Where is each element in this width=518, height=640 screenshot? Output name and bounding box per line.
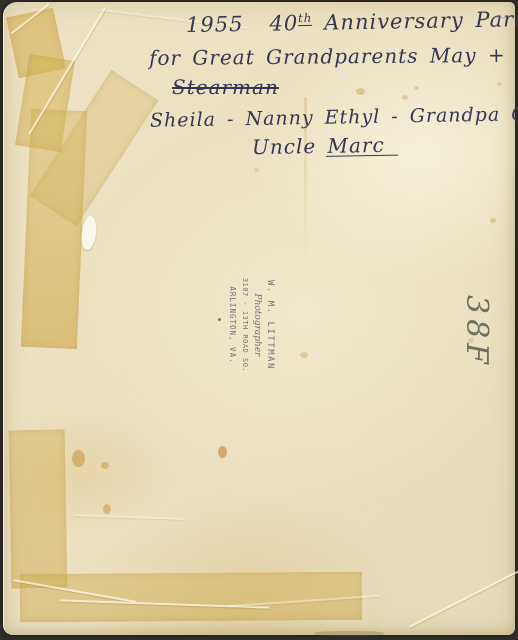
photographer-stamp: W. M. LITTMAN Photographer 3107 - 13TH R… xyxy=(224,267,276,383)
number-text: 40 xyxy=(269,11,298,35)
pencil-scribble xyxy=(480,15,508,23)
handwriting-line-1: 195540thAnniversary Party xyxy=(186,7,518,37)
handwriting-line-5: Uncle Marc xyxy=(252,133,385,159)
stain-spot xyxy=(497,82,502,86)
stain-spot xyxy=(490,218,496,223)
stain-spot xyxy=(300,352,308,358)
stain-spot xyxy=(103,504,111,514)
tape-strip-left-long xyxy=(21,109,87,349)
crease-line xyxy=(409,568,518,627)
photographer-stamp-text: W. M. LITTMAN Photographer 3107 - 13TH R… xyxy=(224,267,276,383)
ordinal-text: th xyxy=(298,11,312,26)
stain-smudge xyxy=(314,631,384,636)
stamp-name: W. M. LITTMAN xyxy=(263,267,276,383)
pencil-note: 38F xyxy=(450,295,494,371)
stain-spot xyxy=(218,318,221,321)
handwriting-line-4: Sheila - Nanny Ethyl - Grandpa Gilbert xyxy=(150,102,518,132)
stain-spot xyxy=(218,446,227,458)
stain-spot xyxy=(414,86,419,90)
stamp-city: ARLINGTON, VA. xyxy=(226,267,238,383)
crease-line xyxy=(74,514,184,519)
stamp-title: Photographer xyxy=(251,267,263,383)
stain-spot xyxy=(72,450,85,467)
stain-spot xyxy=(254,168,259,172)
year-text: 1955 xyxy=(186,12,244,37)
handwriting-line-3: Stearman xyxy=(172,75,279,99)
stamp-address: 3107 - 13TH ROAD SO. xyxy=(238,267,251,383)
tape-strip-bottom-left xyxy=(9,430,68,589)
stain-spot xyxy=(402,95,408,100)
tape-residue-blob xyxy=(80,215,99,251)
handwriting-line-2: for Great Grandparents May + Maurice xyxy=(149,42,518,70)
pencil-note-text: 38F xyxy=(450,295,494,371)
stain-spot xyxy=(101,462,109,469)
tape-strip-bottom xyxy=(20,572,362,622)
stain-spot xyxy=(356,88,365,95)
photo-back-paper: 195540thAnniversary Party for Great Gran… xyxy=(3,2,515,635)
scan-background: 195540thAnniversary Party for Great Gran… xyxy=(0,0,518,640)
